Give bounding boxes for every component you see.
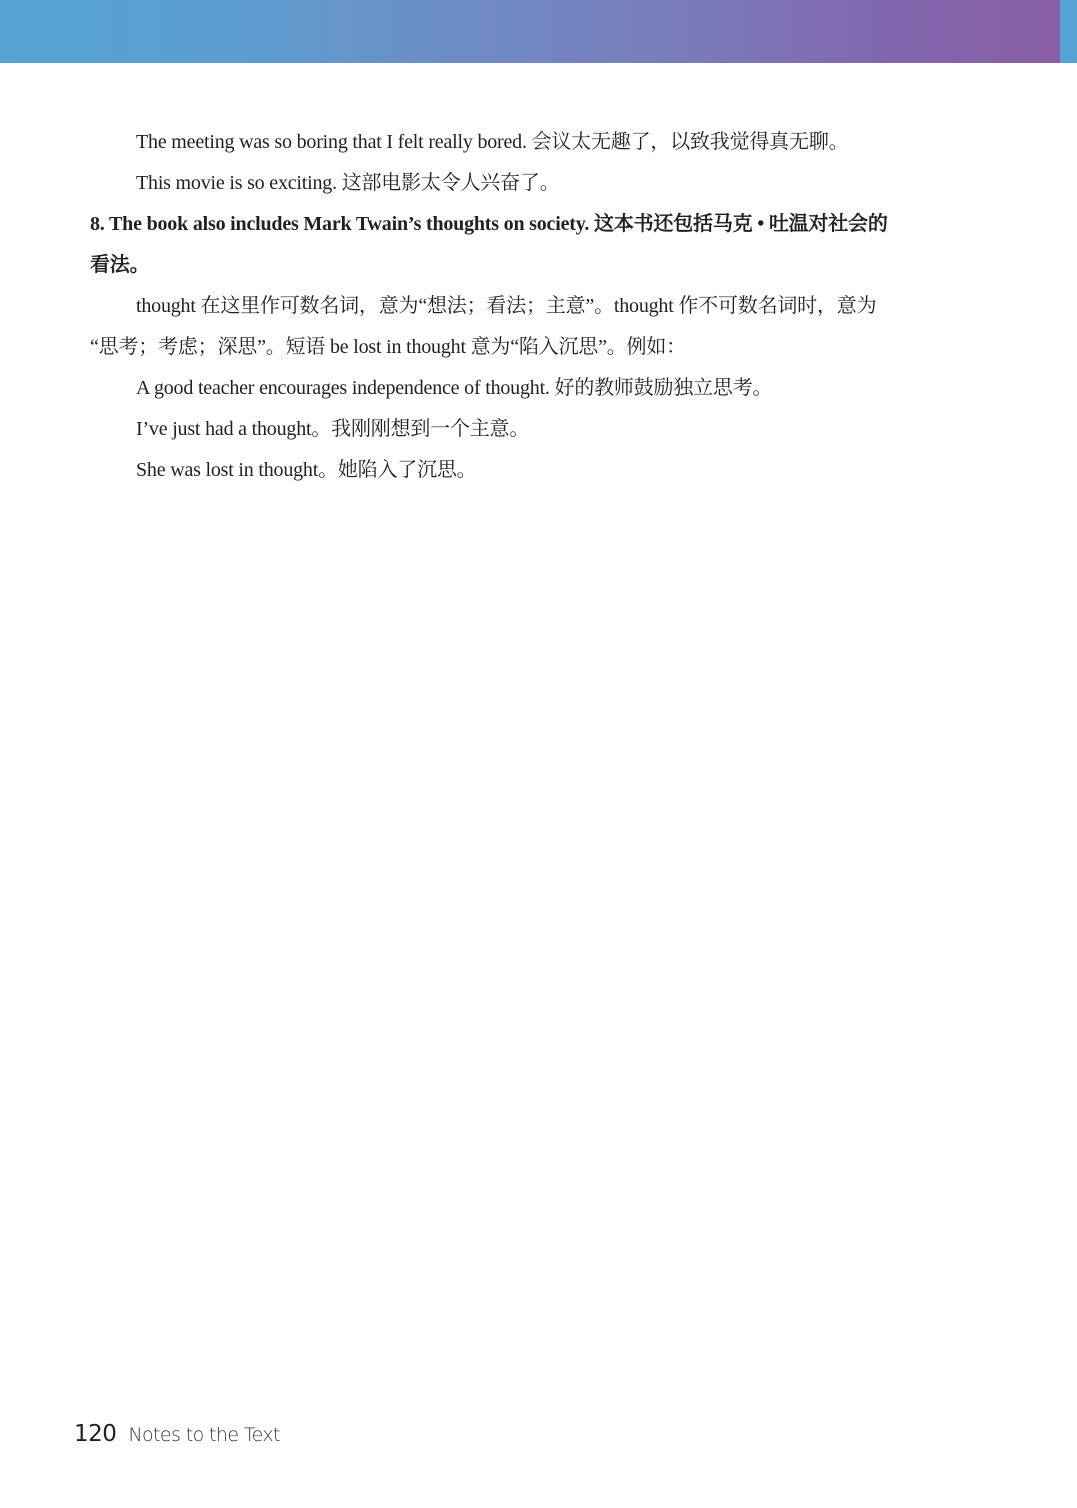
note-8: 8. The book also includes Mark Twain’s t… xyxy=(90,204,948,491)
note-explanation-line: “思考；考虑；深思”。短语 be lost in thought 意为“陷入沉思… xyxy=(90,327,948,368)
example-sentence: She was lost in thought。她陷入了沉思。 xyxy=(90,450,948,491)
example-sentence: The meeting was so boring that I felt re… xyxy=(90,122,948,163)
note-heading-line: 看法。 xyxy=(90,245,948,286)
page-number: 120 xyxy=(74,1421,116,1447)
section-title: Notes to the Text xyxy=(128,1424,279,1446)
example-sentence: I’ve just had a thought。我刚刚想到一个主意。 xyxy=(90,409,948,450)
header-edge-strip xyxy=(1060,0,1077,63)
header-gradient-bar xyxy=(0,0,1060,63)
note-explanation-line: thought 在这里作可数名词，意为“想法；看法；主意”。thought 作不… xyxy=(90,286,948,327)
example-sentence: A good teacher encourages independence o… xyxy=(90,368,948,409)
note-heading-line: 8. The book also includes Mark Twain’s t… xyxy=(90,204,948,245)
page-content: The meeting was so boring that I felt re… xyxy=(90,122,948,491)
page-footer: 120 Notes to the Text xyxy=(74,1421,280,1447)
example-sentence: This movie is so exciting. 这部电影太令人兴奋了。 xyxy=(90,163,948,204)
